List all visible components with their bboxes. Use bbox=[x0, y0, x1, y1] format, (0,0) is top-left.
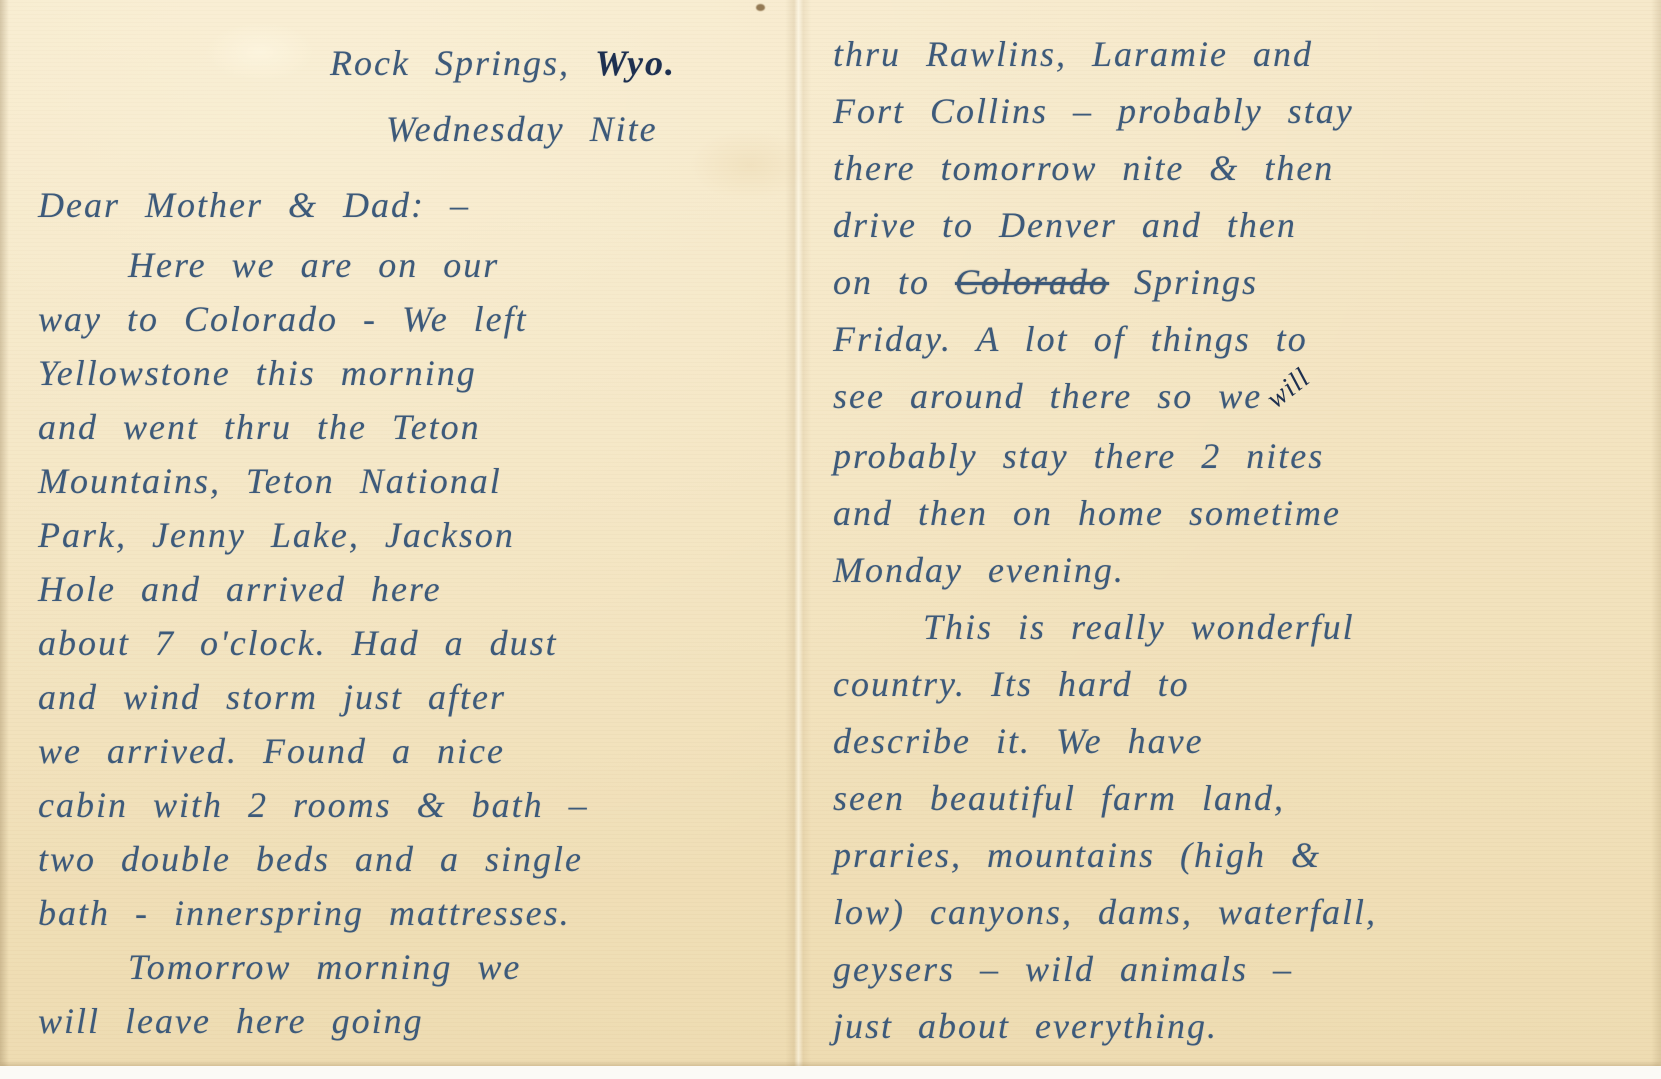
letter-line: Fort Collins – probably stay bbox=[833, 83, 1637, 140]
letter-line: cabin with 2 rooms & bath – bbox=[38, 778, 769, 832]
scan-edge-bottom bbox=[0, 1066, 1661, 1079]
overwritten-word: Colorado bbox=[955, 262, 1109, 302]
page-1-lines: Rock Springs, Wyo.Wednesday NiteDear Mot… bbox=[38, 30, 769, 1048]
letter-line: on to Colorado Springs bbox=[833, 254, 1637, 311]
letter-line: we arrived. Found a nice bbox=[38, 724, 769, 778]
letter-line: describe it. We have bbox=[833, 713, 1637, 770]
letter-line: Tomorrow morning we bbox=[38, 940, 769, 994]
letter-line: will leave here going bbox=[38, 994, 769, 1048]
letter-line: Mountains, Teton National bbox=[38, 454, 769, 508]
letter-line: geysers – wild animals – bbox=[833, 941, 1637, 998]
letter-line: low) canyons, dams, waterfall, bbox=[833, 884, 1637, 941]
letter-line: bath - innerspring mattresses. bbox=[38, 886, 769, 940]
letter-line: just about everything. bbox=[833, 998, 1637, 1055]
letter-line: seen beautiful farm land, bbox=[833, 770, 1637, 827]
letter-line: Yellowstone this morning bbox=[38, 346, 769, 400]
letter-line: This is really wonderful bbox=[833, 599, 1637, 656]
paper-speck bbox=[756, 4, 765, 11]
letter-line: praries, mountains (high & bbox=[833, 827, 1637, 884]
letter-line: and then on home sometime bbox=[833, 485, 1637, 542]
paper-edge-right bbox=[1651, 0, 1661, 1079]
letter-line: Hole and arrived here bbox=[38, 562, 769, 616]
dateline-location: Rock Springs, Wyo. bbox=[330, 30, 769, 96]
letter-line: Here we are on our bbox=[38, 238, 769, 292]
letter-scan: Rock Springs, Wyo.Wednesday NiteDear Mot… bbox=[0, 0, 1661, 1079]
letter-page-1: Rock Springs, Wyo.Wednesday NiteDear Mot… bbox=[0, 0, 797, 1079]
letter-line: thru Rawlins, Laramie and bbox=[833, 26, 1637, 83]
letter-line: and went thru the Teton bbox=[38, 400, 769, 454]
letter-line: and wind storm just after bbox=[38, 670, 769, 724]
letter-line: Monday evening. bbox=[833, 542, 1637, 599]
letter-page-2: thru Rawlins, Laramie andFort Collins – … bbox=[797, 0, 1661, 1079]
letter-line: probably stay there 2 nites bbox=[833, 428, 1637, 485]
letter-line: see around there so wewill bbox=[833, 368, 1637, 428]
emphasized-word: Wyo. bbox=[595, 43, 676, 83]
paper-stain bbox=[205, 22, 315, 82]
letter-line: drive to Denver and then bbox=[833, 197, 1637, 254]
paper-stain bbox=[690, 130, 810, 200]
letter-line: Park, Jenny Lake, Jackson bbox=[38, 508, 769, 562]
letter-line: country. Its hard to bbox=[833, 656, 1637, 713]
paper-edge-left bbox=[0, 0, 9, 1079]
salutation: Dear Mother & Dad: – bbox=[38, 178, 769, 232]
page-2-lines: thru Rawlins, Laramie andFort Collins – … bbox=[833, 26, 1637, 1055]
letter-line: way to Colorado - We left bbox=[38, 292, 769, 346]
letter-line: there tomorrow nite & then bbox=[833, 140, 1637, 197]
letter-line: Friday. A lot of things to bbox=[833, 311, 1637, 368]
letter-line: two double beds and a single bbox=[38, 832, 769, 886]
letter-line: about 7 o'clock. Had a dust bbox=[38, 616, 769, 670]
